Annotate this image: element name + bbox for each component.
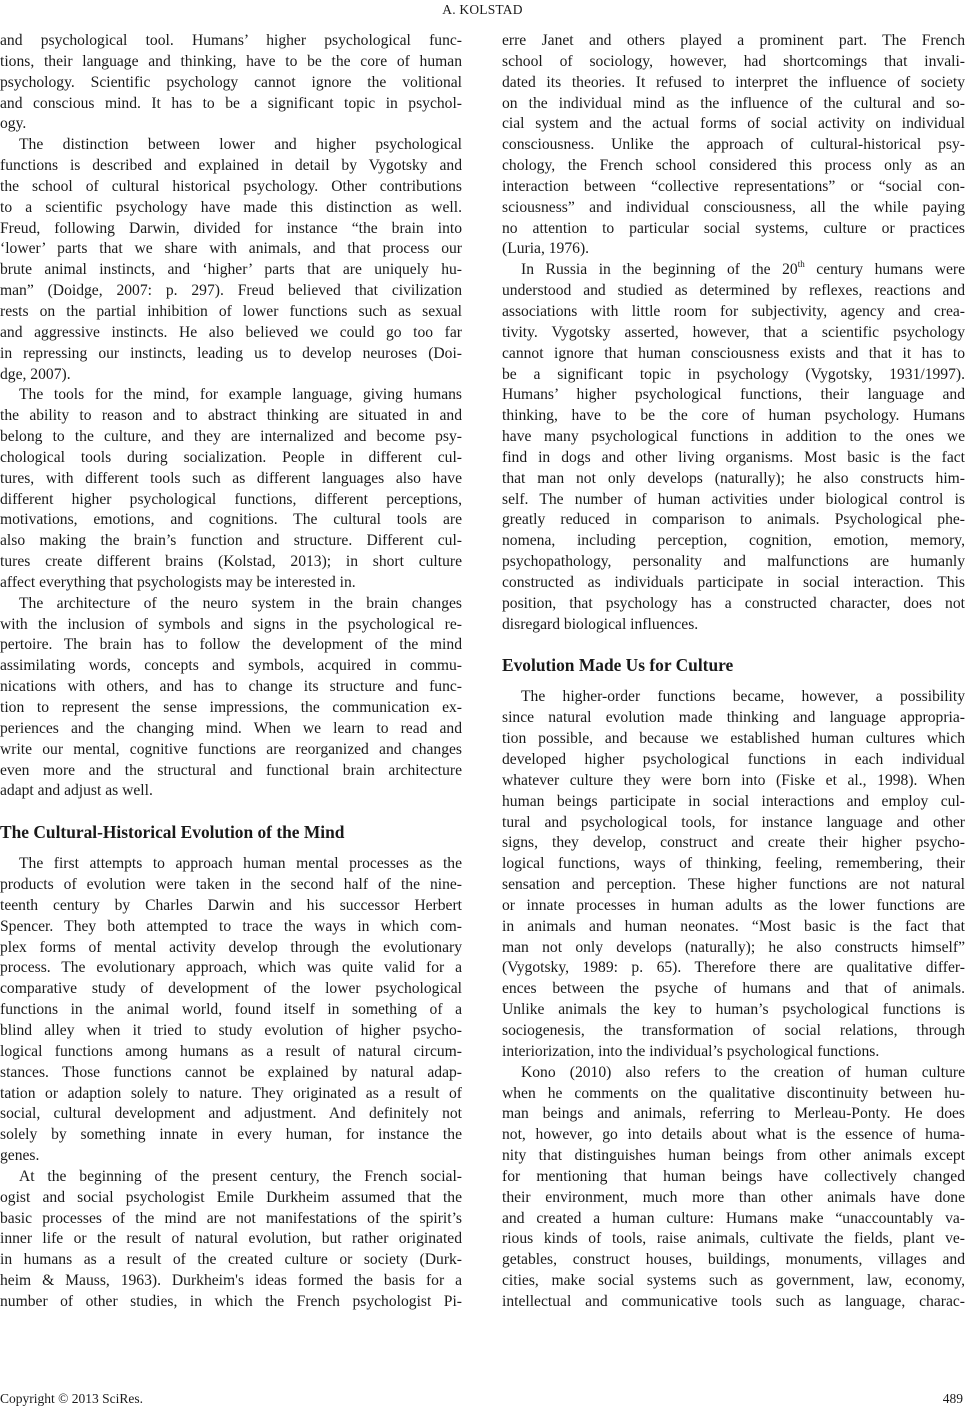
text-line: functions in the animal world, found its…: [0, 1000, 462, 1021]
text-line: ences between the psyche of humans and t…: [502, 979, 965, 1000]
text-line: not, however, go into details about what…: [502, 1125, 965, 1146]
text-line: blind alley when it tried to study evolu…: [0, 1021, 462, 1042]
text-line: dge, 2007).: [0, 365, 462, 386]
running-head: A. KOLSTAD: [0, 2, 965, 18]
text-line: inner life or the result of natural evol…: [0, 1229, 462, 1250]
paragraph: erre Janet and others played a prominent…: [502, 31, 965, 260]
text-line: rests on the partial inhibition of lower…: [0, 302, 462, 323]
text-line: logical functions, ways of thinking, fee…: [502, 854, 965, 875]
text-line: their environment, much more than other …: [502, 1188, 965, 1209]
text-line: interaction between “collective represen…: [502, 177, 965, 198]
text-line: logical functions among humans as a resu…: [0, 1042, 462, 1063]
text-line: nications with others, and has to change…: [0, 677, 462, 698]
text-line: developed higher psychological functions…: [502, 750, 965, 771]
paragraph: The architecture of the neuro system in …: [0, 594, 462, 802]
text-line: position, that psychology has a construc…: [502, 594, 965, 615]
text-line: tural and psychological tools, for insta…: [502, 813, 965, 834]
text-line: cities, make social systems such as gove…: [502, 1271, 965, 1292]
right-paragraphs-after-heading: The higher-order functions became, howev…: [502, 687, 965, 1312]
text-line: psychology. Scientific psychology cannot…: [0, 73, 462, 94]
paragraph: The tools for the mind, for example lang…: [0, 385, 462, 593]
text-line: Kono (2010) also refers to the creation …: [502, 1063, 965, 1084]
paragraph: and psychological tool. Humans’ higher p…: [0, 31, 462, 135]
text-line: chological tools during socialization. P…: [0, 448, 462, 469]
text-line: erre Janet and others played a prominent…: [502, 31, 965, 52]
text-line: sciousness” and individual consciousness…: [502, 198, 965, 219]
text-line: nomena, including perception, cognition,…: [502, 531, 965, 552]
text-line: The tools for the mind, for example lang…: [0, 385, 462, 406]
paragraph: The higher-order functions became, howev…: [502, 687, 965, 1062]
paragraph: The first attempts to approach human men…: [0, 854, 462, 1167]
text-line: in animals and human neonates. “Most bas…: [502, 917, 965, 938]
text-line: even more and the structural and functio…: [0, 761, 462, 782]
text-line: tion possible, and because we establishe…: [502, 729, 965, 750]
text-line: or innate processes in human adults as t…: [502, 896, 965, 917]
text-line: for mentioning that human beings have co…: [502, 1167, 965, 1188]
text-line: assimilating words, concepts and symbols…: [0, 656, 462, 677]
text-line: plex forms of mental activity develop th…: [0, 938, 462, 959]
text-line: man beings and animals, referring to Mer…: [502, 1104, 965, 1125]
text-line: sociogenesis, the transformation of soci…: [502, 1021, 965, 1042]
text-line: chology, the French school considered th…: [502, 156, 965, 177]
text-line: have many psychological functions in add…: [502, 427, 965, 448]
text-line: adapt and adjust as well.: [0, 781, 462, 802]
text-line: brute animal instincts, and ‘higher’ par…: [0, 260, 462, 281]
section-heading-cultural-historical: The Cultural-Historical Evolution of the…: [0, 821, 462, 843]
text-line: affect everything that psychologists may…: [0, 573, 462, 594]
text-line: in humans as a result of the created cul…: [0, 1250, 462, 1271]
text-line: write our mental, cognitive functions ar…: [0, 740, 462, 761]
text-line: products of evolution were taken in the …: [0, 875, 462, 896]
text-line: cannot ignore that human consciousness e…: [502, 344, 965, 365]
text-line: functions is described and explained in …: [0, 156, 462, 177]
spacer: [0, 843, 462, 854]
text-line: ogy.: [0, 114, 462, 135]
text-line: when he comments on the qualitative disc…: [502, 1084, 965, 1105]
right-column: erre Janet and others played a prominent…: [502, 31, 965, 1313]
text-line: nity that distinguishes human beings fro…: [502, 1146, 965, 1167]
paragraph: At the beginning of the present century,…: [0, 1167, 462, 1313]
text-line: psychopathology, personality and malfunc…: [502, 552, 965, 573]
text-line: sensation and perception. These higher f…: [502, 875, 965, 896]
text-line: ‘lower’ parts that we share with animals…: [0, 239, 462, 260]
text-line: stances. Those functions cannot be expla…: [0, 1063, 462, 1084]
text-line: no attention to particular social system…: [502, 219, 965, 240]
text-line: greatly reduced in comparison to animals…: [502, 510, 965, 531]
left-column: and psychological tool. Humans’ higher p…: [0, 31, 462, 1313]
text-line: man” (Doidge, 2007: p. 297). Freud belie…: [0, 281, 462, 302]
text-line: whatever culture they were born into (Fi…: [502, 771, 965, 792]
text-line: self. The number of human activities und…: [502, 490, 965, 511]
text-line: genes.: [0, 1146, 462, 1167]
text-line: Humans’ higher psychological functions, …: [502, 385, 965, 406]
page-footer: Copyright © 2013 SciRes. 489: [0, 1391, 965, 1409]
text-line: The architecture of the neuro system in …: [0, 594, 462, 615]
text-line: in repressing our instincts, leading us …: [0, 344, 462, 365]
text-line: tures create different brains (Kolstad, …: [0, 552, 462, 573]
text-line: intellectual and communicative tools suc…: [502, 1292, 965, 1313]
text-line: tivity. Vygotsky asserted, however, that…: [502, 323, 965, 344]
text-line: periences and the changing mind. When we…: [0, 719, 462, 740]
paragraph: The distinction between lower and higher…: [0, 135, 462, 385]
text-line: Spencer. They both attempted to trace th…: [0, 917, 462, 938]
text-line: (Luria, 1976).: [502, 239, 965, 260]
text-line: getables, construct houses, buildings, m…: [502, 1250, 965, 1271]
text-line: number of other studies, in which the Fr…: [0, 1292, 462, 1313]
text-line: school of sociology, however, had shortc…: [502, 52, 965, 73]
text-line: solely by something innate in every huma…: [0, 1125, 462, 1146]
text-line: The first attempts to approach human men…: [0, 854, 462, 875]
text-line: rious kinds of tools, raise animals, cul…: [502, 1229, 965, 1250]
text-line: to a scientific psychology have made thi…: [0, 198, 462, 219]
text-line: and created a human culture: Humans make…: [502, 1209, 965, 1230]
text-line: thinking, have to be the core of human p…: [502, 406, 965, 427]
text-line: that man not only develops (naturally); …: [502, 469, 965, 490]
text-line: teenth century by Charles Darwin and his…: [0, 896, 462, 917]
text-line: dated its theories. It refused to interp…: [502, 73, 965, 94]
text-line: consciousness. Unlike the approach of cu…: [502, 135, 965, 156]
text-line: ogist and social psychologist Emile Durk…: [0, 1188, 462, 1209]
spacer: [0, 802, 462, 821]
text-line: man not only develops (naturally); he al…: [502, 938, 965, 959]
text-line: At the beginning of the present century,…: [0, 1167, 462, 1188]
text-line: find in dogs and other living organisms.…: [502, 448, 965, 469]
text-line: the school of cultural historical psycho…: [0, 177, 462, 198]
page-number: 489: [943, 1391, 963, 1407]
text-line: cial system and the actual forms of soci…: [502, 114, 965, 135]
text-line: heim & Mauss, 1963). Durkheim's ideas fo…: [0, 1271, 462, 1292]
text-line: since natural evolution made thinking an…: [502, 708, 965, 729]
text-line: associations with little room for subjec…: [502, 302, 965, 323]
left-paragraphs-before-heading: and psychological tool. Humans’ higher p…: [0, 31, 462, 802]
left-paragraphs-after-heading: The first attempts to approach human men…: [0, 854, 462, 1313]
paragraph: In Russia in the beginning of the 20th c…: [502, 260, 965, 635]
text-line: different higher psychological functions…: [0, 490, 462, 511]
text-line: disregard biological influences.: [502, 615, 965, 636]
text-line: belong to the culture, and they are inte…: [0, 427, 462, 448]
text-line: Unlike animals the key to human’s psycho…: [502, 1000, 965, 1021]
text-line: social, cultural development and adjustm…: [0, 1104, 462, 1125]
text-line: tions, their language and thinking, have…: [0, 52, 462, 73]
copyright-notice: Copyright © 2013 SciRes.: [0, 1391, 143, 1407]
text-line: on the individual mind as the influence …: [502, 94, 965, 115]
text-line: tures, with different tools such as diff…: [0, 469, 462, 490]
text-line: motivations, emotions, and cognitions. T…: [0, 510, 462, 531]
spacer: [502, 635, 965, 654]
text-line: human beings participate in social inter…: [502, 792, 965, 813]
text-line: and conscious mind. It has to be a signi…: [0, 94, 462, 115]
text-line: comparative study of development of the …: [0, 979, 462, 1000]
text-line: and psychological tool. Humans’ higher p…: [0, 31, 462, 52]
text-line: Freud, following Darwin, divided for ins…: [0, 219, 462, 240]
text-line: also making the brain’s function and str…: [0, 531, 462, 552]
right-paragraphs-before-heading: erre Janet and others played a prominent…: [502, 31, 965, 635]
text-line: tation or adaption solely to nature. The…: [0, 1084, 462, 1105]
text-line: be a significant topic in psychology (Vy…: [502, 365, 965, 386]
text-line: The distinction between lower and higher…: [0, 135, 462, 156]
section-heading-evolution-culture: Evolution Made Us for Culture: [502, 654, 965, 676]
text-line: signs, they develop, construct and creat…: [502, 833, 965, 854]
text-line: pertoire. The brain has to follow the de…: [0, 635, 462, 656]
text-line: understood and studied as determined by …: [502, 281, 965, 302]
superscript: th: [798, 259, 805, 269]
text-line: The higher-order functions became, howev…: [502, 687, 965, 708]
text-line: process. The evolutionary approach, whic…: [0, 958, 462, 979]
text-line: and aggressive instincts. He also believ…: [0, 323, 462, 344]
text-line: basic processes of the mind are not mani…: [0, 1209, 462, 1230]
text-line: In Russia in the beginning of the 20th c…: [502, 260, 965, 281]
text-line: interiorization, into the individual’s p…: [502, 1042, 965, 1063]
text-line: constructed as individuals participate i…: [502, 573, 965, 594]
paragraph: Kono (2010) also refers to the creation …: [502, 1063, 965, 1313]
text-line: (Vygotsky, 1989: p. 65). Therefore there…: [502, 958, 965, 979]
text-line: the ability to reason and to abstract th…: [0, 406, 462, 427]
text-line: with the inclusion of symbols and signs …: [0, 615, 462, 636]
spacer: [502, 676, 965, 687]
text-line: tion to represent the sense impressions,…: [0, 698, 462, 719]
